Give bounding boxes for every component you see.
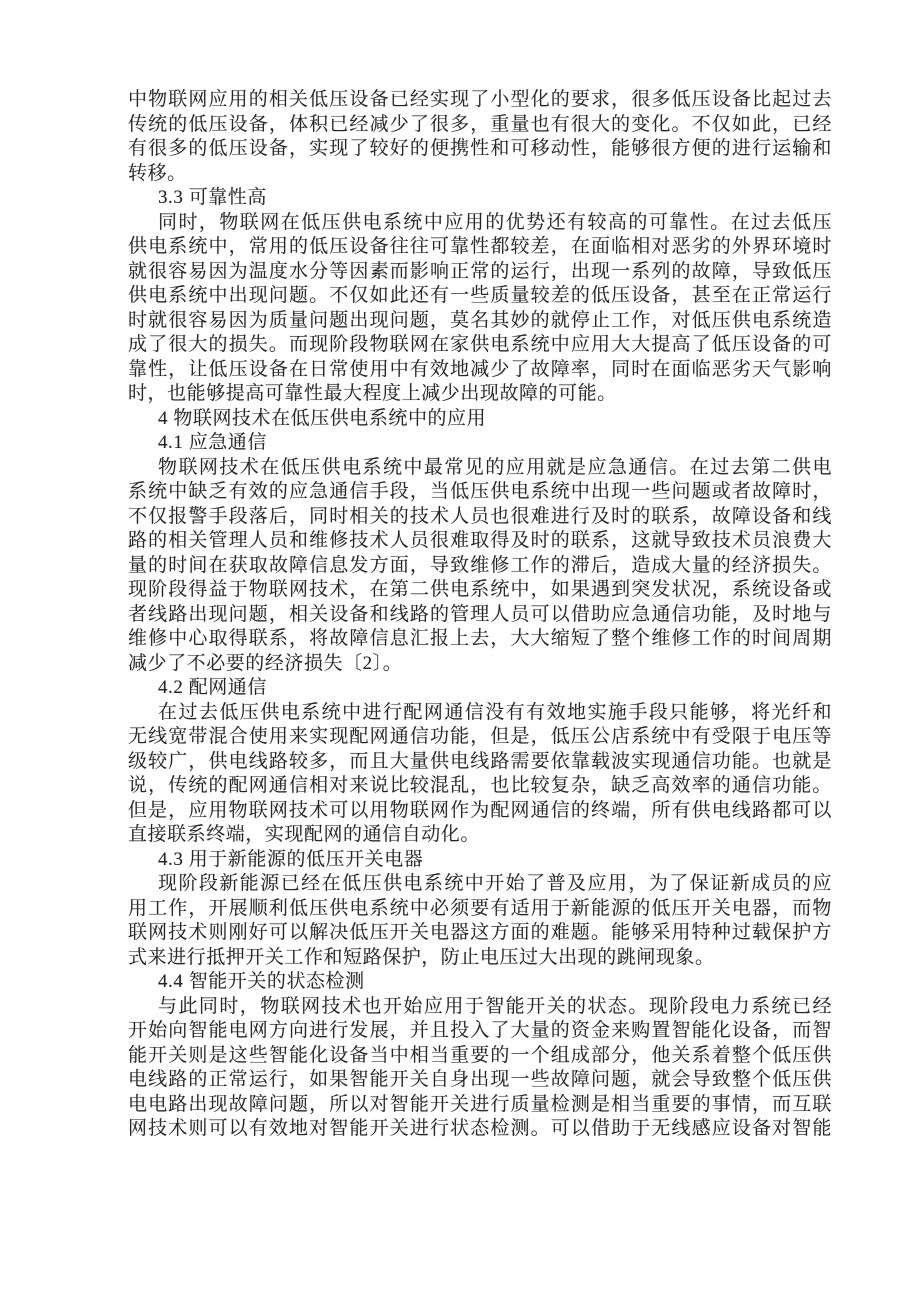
text-line: 电线路的正常运行，如果智能开关自身出现一些故障问题，就会导致整个低压供 xyxy=(128,1068,832,1093)
text-line: 中物联网应用的相关低压设备已经实现了小型化的要求，很多低压设备比起过去 xyxy=(128,88,832,113)
section-heading: 3.3 可靠性高 xyxy=(128,186,832,211)
text-line: 供电系统中出现问题。不仅如此还有一些质量较差的低压设备，甚至在正常运行 xyxy=(128,284,832,309)
text-line: 但是，应用物联网技术可以用物联网作为配网通信的终端，所有供电线路都可以 xyxy=(128,799,832,824)
text-line: 无线宽带混合使用来实现配网通信功能，但是，低压公店系统中有受限于电压等 xyxy=(128,725,832,750)
text-line: 能开关则是这些智能化设备当中相当重要的一个组成部分，他关系着整个低压供 xyxy=(128,1044,832,1069)
text-line: 转移。 xyxy=(128,162,832,187)
text-line: 时，也能够提高可靠性最大程度上减少出现故障的可能。 xyxy=(128,382,832,407)
text-line: 成了很大的损失。而现阶段物联网在家供电系统中应用大大提高了低压设备的可 xyxy=(128,333,832,358)
text-line: 现阶段新能源已经在低压供电系统中开始了普及应用，为了保证新成员的应 xyxy=(128,872,832,897)
text-line: 时就很容易因为质量问题出现问题，莫名其妙的就停止工作，对低压供电系统造 xyxy=(128,309,832,334)
text-line: 供电系统中，常用的低压设备往往可靠性都较差，在面临相对恶劣的外界环境时 xyxy=(128,235,832,260)
page-text-content: 中物联网应用的相关低压设备已经实现了小型化的要求，很多低压设备比起过去传统的低压… xyxy=(128,88,832,1142)
text-line: 在过去低压供电系统中进行配网通信没有有效地实施手段只能够，将光纤和 xyxy=(128,701,832,726)
text-line: 直接联系终端，实现配网的通信自动化。 xyxy=(128,823,832,848)
section-heading: 4 物联网技术在低压供电系统中的应用 xyxy=(128,407,832,432)
text-line: 减少了不必要的经济损失〔2〕。 xyxy=(128,652,832,677)
text-line: 物联网技术在低压供电系统中最常见的应用就是应急通信。在过去第二供电 xyxy=(128,456,832,481)
section-heading: 4.1 应急通信 xyxy=(128,431,832,456)
text-line: 就很容易因为温度水分等因素而影响正常的运行，出现一系列的故障，导致低压 xyxy=(128,260,832,285)
text-line: 传统的低压设备，体积已经减少了很多，重量也有很大的变化。不仅如此，已经 xyxy=(128,113,832,138)
text-line: 者线路出现问题，相关设备和线路的管理人员可以借助应急通信功能，及时地与 xyxy=(128,603,832,628)
text-line: 量的时间在获取故障信息发方面，导致维修工作的滞后，造成大量的经济损失。 xyxy=(128,554,832,579)
text-line: 式来进行抵押开关工作和短路保护，防止电压过大出现的跳闸现象。 xyxy=(128,946,832,971)
text-line: 系统中缺乏有效的应急通信手段，当低压供电系统中出现一些问题或者故障时， xyxy=(128,480,832,505)
text-line: 级较广，供电线路较多，而且大量供电线路需要依靠载波实现通信功能。也就是 xyxy=(128,750,832,775)
text-line: 开始向智能电网方向进行发展，并且投入了大量的资金来购置智能化设备，而智 xyxy=(128,1019,832,1044)
document-page: 中物联网应用的相关低压设备已经实现了小型化的要求，很多低压设备比起过去传统的低压… xyxy=(0,0,920,1302)
text-line: 用工作，开展顺利低压供电系统中必须要有适用于新能源的低压开关电器，而物 xyxy=(128,897,832,922)
text-line: 同时，物联网在低压供电系统中应用的优势还有较高的可靠性。在过去低压 xyxy=(128,211,832,236)
section-heading: 4.3 用于新能源的低压开关电器 xyxy=(128,848,832,873)
text-line: 不仅报警手段落后，同时相关的技术人员也很难进行及时的联系，故障设备和线 xyxy=(128,505,832,530)
section-heading: 4.2 配网通信 xyxy=(128,676,832,701)
text-line: 联网技术则刚好可以解决低压开关电器这方面的难题。能够采用特种过载保护方 xyxy=(128,921,832,946)
text-line: 电电路出现故障问题，所以对智能开关进行质量检测是相当重要的事情，而互联 xyxy=(128,1093,832,1118)
text-line: 现阶段得益于物联网技术，在第二供电系统中，如果遇到突发状况，系统设备或 xyxy=(128,578,832,603)
text-line: 有很多的低压设备，实现了较好的便携性和可移动性，能够很方便的进行运输和 xyxy=(128,137,832,162)
section-heading: 4.4 智能开关的状态检测 xyxy=(128,970,832,995)
text-line: 路的相关管理人员和维修技术人员很难取得及时的联系，这就导致技术员浪费大 xyxy=(128,529,832,554)
text-line: 网技术则可以有效地对智能开关进行状态检测。可以借助于无线感应设备对智能 xyxy=(128,1117,832,1142)
text-line: 说，传统的配网通信相对来说比较混乱，也比较复杂，缺乏高效率的通信功能。 xyxy=(128,774,832,799)
text-line: 与此同时，物联网技术也开始应用于智能开关的状态。现阶段电力系统已经 xyxy=(128,995,832,1020)
text-line: 靠性，让低压设备在日常使用中有效地减少了故障率，同时在面临恶劣天气影响 xyxy=(128,358,832,383)
text-line: 维修中心取得联系，将故障信息汇报上去，大大缩短了整个维修工作的时间周期 xyxy=(128,627,832,652)
